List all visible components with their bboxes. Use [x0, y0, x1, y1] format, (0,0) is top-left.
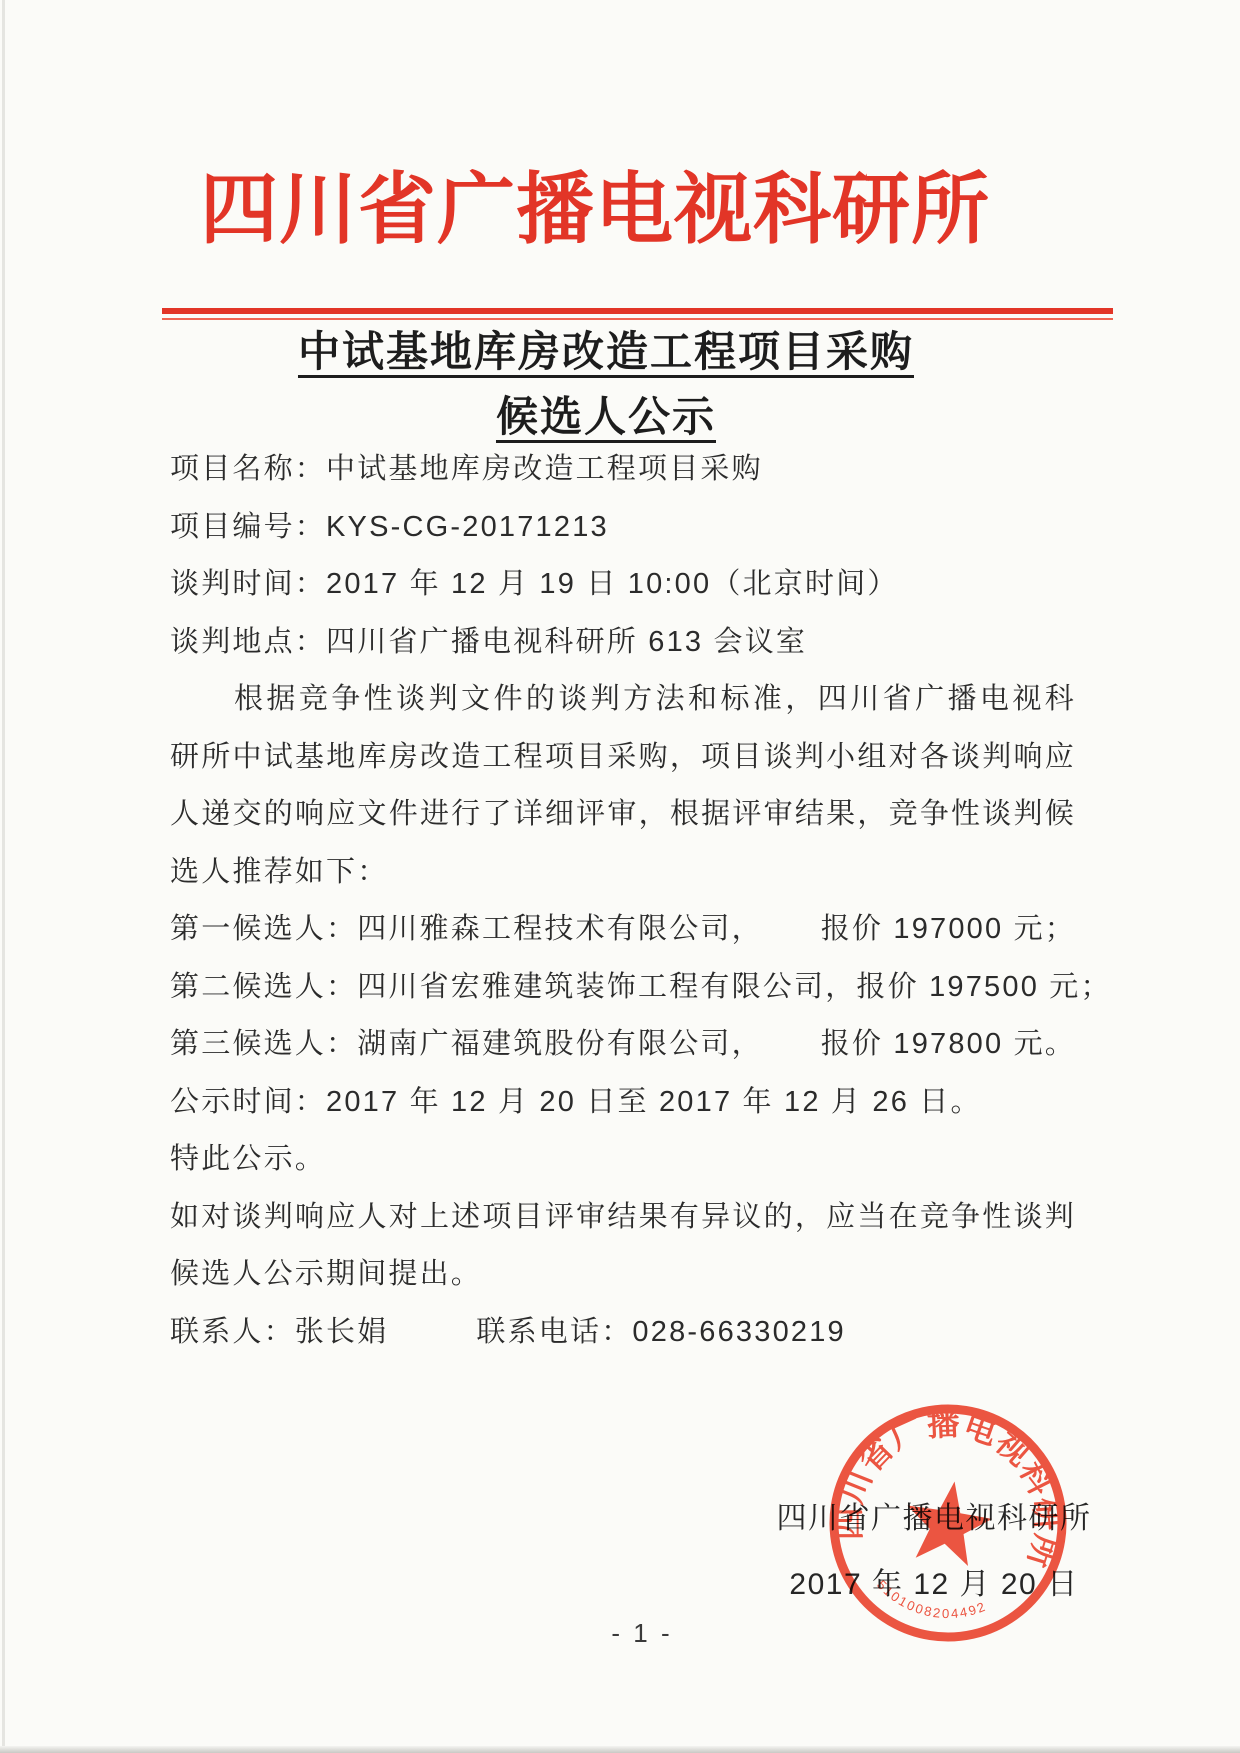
contact-person: 联系人：张长娟 — [170, 1304, 388, 1362]
candidate-name: 第三候选人：湖南广福建筑股份有限公司， — [170, 1016, 763, 1074]
candidate-price: 报价 197800 元。 — [821, 1016, 1076, 1074]
seal-graphic: 四川省广播电视科研所 5101008204492 — [815, 1390, 1082, 1657]
objection-paragraph: 如对谈判响应人对上述项目评审结果有异议的，应当在竞争性谈判候选人公示期间提出。 — [170, 1189, 1076, 1304]
intro-paragraph: 根据竞争性谈判文件的谈判方法和标准，四川省广播电视科研所中试基地库房改造工程项目… — [170, 671, 1076, 901]
contact-phone: 联系电话：028-66330219 — [476, 1304, 845, 1362]
field-negotiation-place: 谈判地点：四川省广播电视科研所 613 会议室 — [170, 614, 1076, 672]
field-project-name: 项目名称：中试基地库房改造工程项目采购 — [170, 441, 1076, 499]
candidate-price: 报价 197500 元； — [856, 959, 1111, 1017]
seal-star-icon — [900, 1475, 997, 1569]
document-titles: 中试基地库房改造工程项目采购 候选人公示 — [0, 319, 1226, 449]
candidate-price: 报价 197000 元； — [821, 901, 1076, 959]
scan-left-edge — [2, 0, 5, 1753]
candidate-name: 第一候选人：四川雅森工程技术有限公司， — [170, 901, 763, 959]
doc-title-line1: 中试基地库房改造工程项目采购 — [0, 319, 1226, 384]
page-number: - 1 - — [22, 1618, 1240, 1649]
field-negotiation-time: 谈判时间：2017 年 12 月 19 日 10:00（北京时间） — [170, 556, 1076, 614]
candidate-row-1: 第一候选人：四川雅森工程技术有限公司， 报价 197000 元； — [170, 901, 1076, 959]
candidate-row-3: 第三候选人：湖南广福建筑股份有限公司， 报价 197800 元。 — [170, 1016, 1076, 1074]
candidate-row-2: 第二候选人：四川省宏雅建筑装饰工程有限公司， 报价 197500 元； — [170, 959, 1076, 1017]
candidate-name: 第二候选人：四川省宏雅建筑装饰工程有限公司， — [170, 959, 856, 1017]
hereby-line: 特此公示。 — [170, 1131, 1076, 1189]
org-header-title: 四川省广播电视科研所 — [0, 160, 1215, 260]
official-seal: 四川省广播电视科研所 5101008204492 — [815, 1390, 1082, 1657]
contact-line: 联系人：张长娟 联系电话：028-66330219 — [170, 1304, 1076, 1362]
field-project-number: 项目编号：KYS-CG-20171213 — [170, 499, 1076, 557]
publicity-time-line: 公示时间：2017 年 12 月 20 日至 2017 年 12 月 26 日。 — [170, 1074, 1076, 1132]
document-body: 项目名称：中试基地库房改造工程项目采购 项目编号：KYS-CG-20171213… — [170, 441, 1076, 1361]
scan-bottom-edge — [0, 1746, 1240, 1753]
doc-title-line2: 候选人公示 — [0, 384, 1226, 449]
scanned-document-page: 四川省广播电视科研所 中试基地库房改造工程项目采购 候选人公示 项目名称：中试基… — [0, 0, 1240, 1753]
